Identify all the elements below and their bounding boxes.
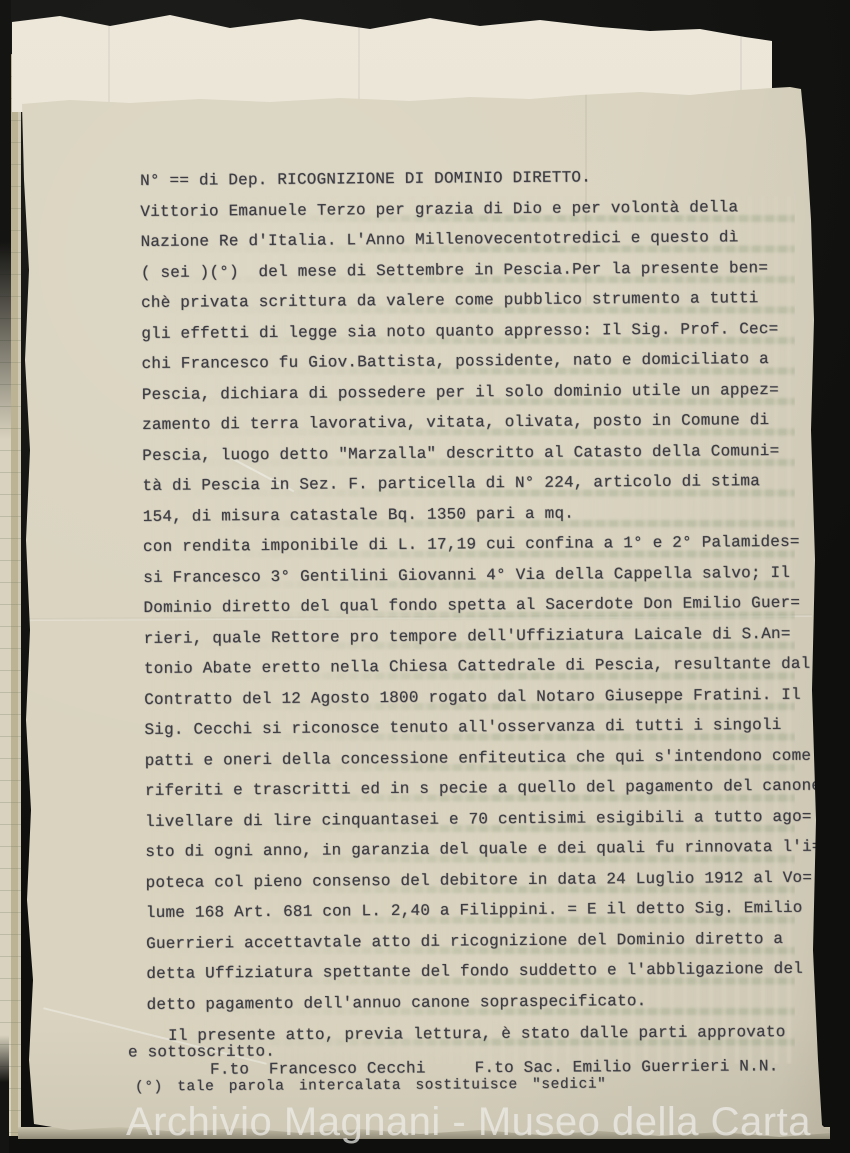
document-line: detta Uffiziatura spettante del fondo su… <box>146 954 826 990</box>
document-line: Sig. Cecchi si riconosce tenuto all'osse… <box>144 710 824 746</box>
document-line: con rendita imponibile di L. 17,19 cui c… <box>143 527 823 563</box>
scan-shadow-top-left <box>0 0 11 440</box>
document-line: zamento di terra lavorativa, vitata, oli… <box>142 405 822 441</box>
document-text-block: N° == di Dep. RICOGNIZIONE DI DOMINIO DI… <box>140 161 827 1020</box>
document-line: chi Francesco fu Giov.Battista, possiden… <box>141 344 821 380</box>
document-page: N° == di Dep. RICOGNIZIONE DI DOMINIO DI… <box>0 0 850 1153</box>
document-line: lume 168 Art. 681 con L. 2,40 a Filippin… <box>146 893 826 929</box>
document-line: chè privata scrittura da valere come pub… <box>141 283 821 319</box>
document-line: tà di Pescia in Sez. F. particella di N°… <box>142 466 822 502</box>
document-line: sto di ogni anno, in garanzia del quale … <box>145 832 825 868</box>
scanner-background: N° == di Dep. RICOGNIZIONE DI DOMINIO DI… <box>0 0 850 1153</box>
closing-subscribed-line: e sottoscritto. <box>128 1043 275 1062</box>
closing-approved-line: Il presente atto, previa lettura, è stat… <box>168 1023 786 1045</box>
document-line: detto pagamento dell'annuo canone sopras… <box>146 984 826 1020</box>
document-line: Nazione Re d'Italia. L'Anno Millenovecen… <box>140 222 820 258</box>
scan-shadow-bottom-left <box>0 1035 9 1153</box>
archive-watermark: Archivio Magnani - Museo della Carta <box>126 1100 850 1145</box>
document-line: riferiti e trascritti ed in s pecie a qu… <box>145 771 825 807</box>
document-line: Dominio diretto del qual fondo spetta al… <box>143 588 823 624</box>
footnote-line: (°) tale parola intercalata sostituisce … <box>135 1076 607 1097</box>
document-line: tonio Abate eretto nella Chiesa Cattedra… <box>144 649 824 685</box>
